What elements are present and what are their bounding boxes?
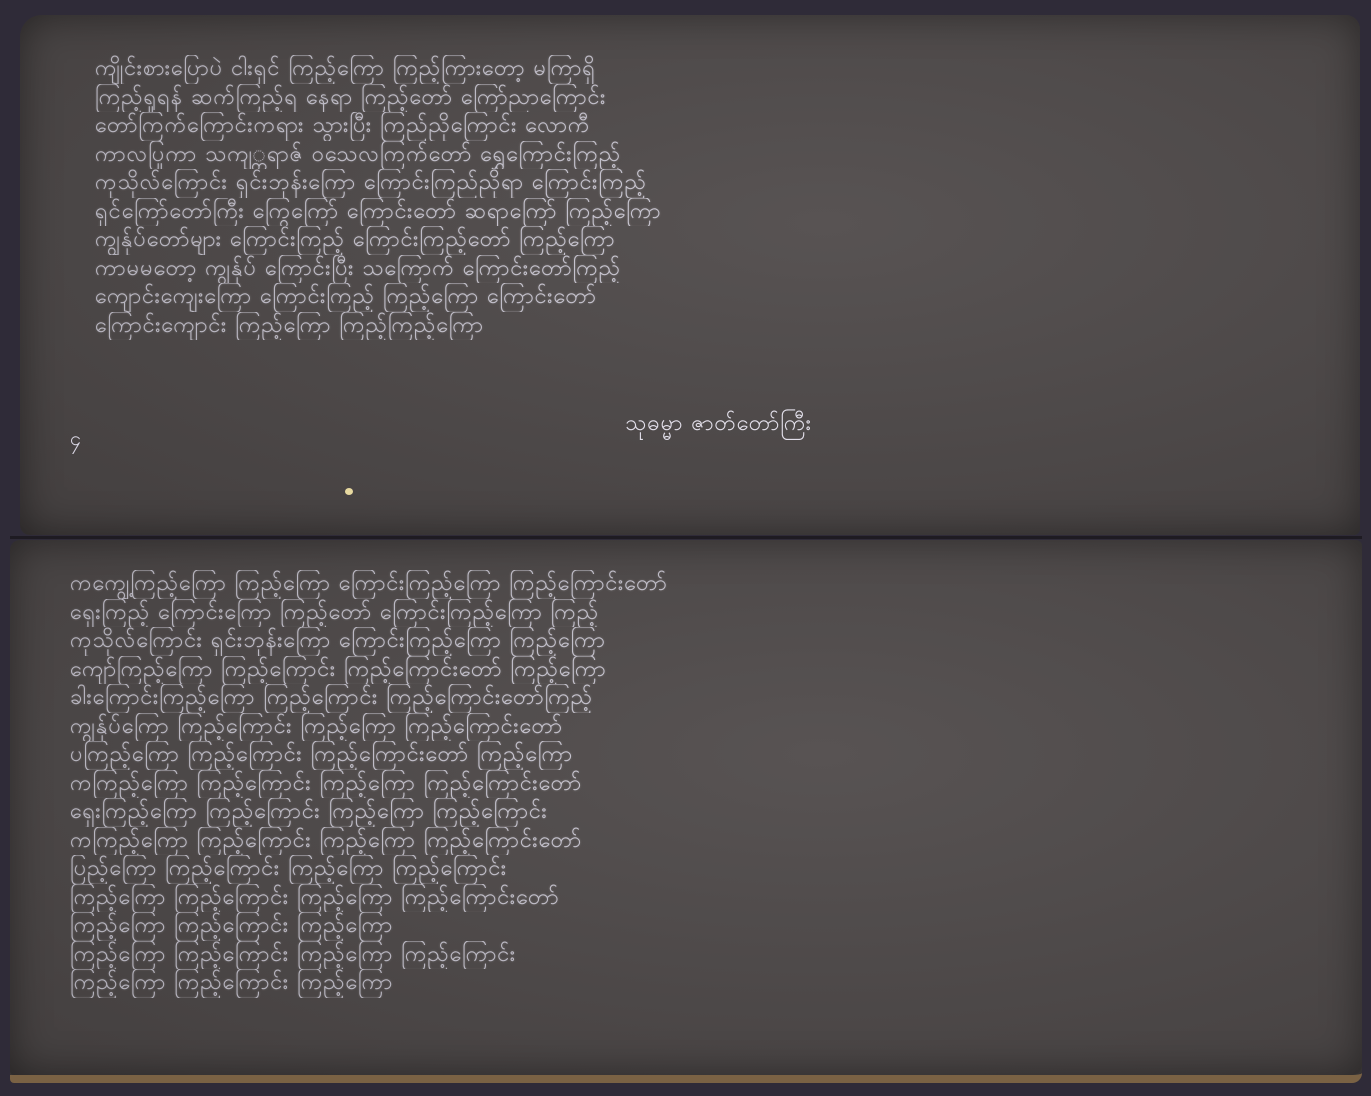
text-line: ရှေးကြည့် ကြောင်းကြော ကြည့်တော် ကြောင်းက…	[70, 599, 1332, 628]
bottom-panel-text: ကကျွေ့ကြည့်ကြော ကြည့်ကြော ကြောင်းကြည့်ကြ…	[70, 570, 1332, 998]
text-line: ရှင်ကြော်တော်ကြီး ကြွေကြော် ကြောင်းတော် …	[95, 198, 1330, 227]
text-line: ပကြည့်ကြော ကြည့်ကြောင်း ကြည့်ကြောင်းတော်…	[70, 741, 1332, 770]
text-line: ကာလပြုကာ သကျ္ကရာဇ် ဝသေလကြက်တော် ရွှေကြော…	[95, 141, 1330, 170]
manuscript-top-panel: ကျိုင်းစားပြောပဲ ငါးရှင် ကြည့်ကြော ကြည့်…	[20, 15, 1360, 535]
text-line: ကြောင်းကျောင်း ကြည့်ကြော ကြည့်ကြည့်ကြော	[95, 312, 1330, 341]
text-line: ကုသိုလ်ကြောင်း ရှင်းဘုန်းကြော ကြောင်းကြည…	[70, 627, 1332, 656]
text-line: ကျွန်ုပ်ကြော ကြည့်ကြောင်း ကြည့်ကြော ကြည့…	[70, 713, 1332, 742]
text-line: ရှေးကြည့်ကြော ကြည့်ကြောင်း ကြည့်ကြော ကြည…	[70, 798, 1332, 827]
fold-crease	[10, 536, 1362, 539]
paper-speck	[345, 488, 353, 495]
text-line: ကြည့်ရှုရန် ဆက်ကြည့်ရ နေရာ ကြည့်တော် ကြေ…	[95, 84, 1330, 113]
manuscript-bottom-panel: ကကျွေ့ကြည့်ကြော ကြည့်ကြော ကြောင်းကြည့်ကြ…	[10, 540, 1362, 1083]
text-line: ကကြည့်ကြော ကြည့်ကြောင်း ကြည့်ကြော ကြည့်က…	[70, 827, 1332, 856]
text-line: ကျိုင်းစားပြောပဲ ငါးရှင် ကြည့်ကြော ကြည့်…	[95, 55, 1330, 84]
text-line: ကြည့်ကြော ကြည့်ကြောင်း ကြည့်ကြော	[70, 969, 1332, 998]
text-line: ကာမမတော့ ကျွန်ုပ် ကြောင်းပြီး သကြောက် ကြ…	[95, 255, 1330, 284]
text-line: ကကြည့်ကြော ကြည့်ကြောင်း ကြည့်ကြော ကြည့်က…	[70, 770, 1332, 799]
text-line: ကျွန်ုပ်တော်များ ကြောင်းကြည့် ကြောင်းကြည…	[95, 226, 1330, 255]
text-line: ကျောင်းကျေးကြော ကြောင်းကြည့် ကြည့်ကြော က…	[95, 283, 1330, 312]
text-line: ခါးကြောင်းကြည့်ကြော ကြည့်ကြောင်း ကြည့်ကြ…	[70, 684, 1332, 713]
text-line: ကုသိုလ်ကြောင်း ရှင်းဘုန်းကြော ကြောင်းကြည…	[95, 169, 1330, 198]
text-line: ကြည့်ကြော ကြည့်ကြောင်း ကြည့်ကြော ကြည့်ကြ…	[70, 884, 1332, 913]
colophon-title: သုဓမ္မာ ဇာတ်တော်ကြီး	[625, 408, 812, 441]
text-line: ကကျွေ့ကြည့်ကြော ကြည့်ကြော ကြောင်းကြည့်ကြ…	[70, 570, 1332, 599]
text-line: တော်ကြက်ကြောင်းကရား သွားပြီး ကြည်ညိုကြော…	[95, 112, 1330, 141]
page-mark: ၄	[70, 425, 81, 455]
text-line: ကျော်ကြည့်ကြော ကြည့်ကြောင်း ကြည့်ကြောင်း…	[70, 656, 1332, 685]
text-line: ကြည့်ကြော ကြည့်ကြောင်း ကြည့်ကြော	[70, 912, 1332, 941]
top-panel-text: ကျိုင်းစားပြောပဲ ငါးရှင် ကြည့်ကြော ကြည့်…	[95, 55, 1330, 340]
text-line: ပြည့်ကြော ကြည့်ကြောင်း ကြည့်ကြော ကြည့်ကြ…	[70, 855, 1332, 884]
text-line: ကြည့်ကြော ကြည့်ကြောင်း ကြည့်ကြော ကြည့်ကြ…	[70, 941, 1332, 970]
